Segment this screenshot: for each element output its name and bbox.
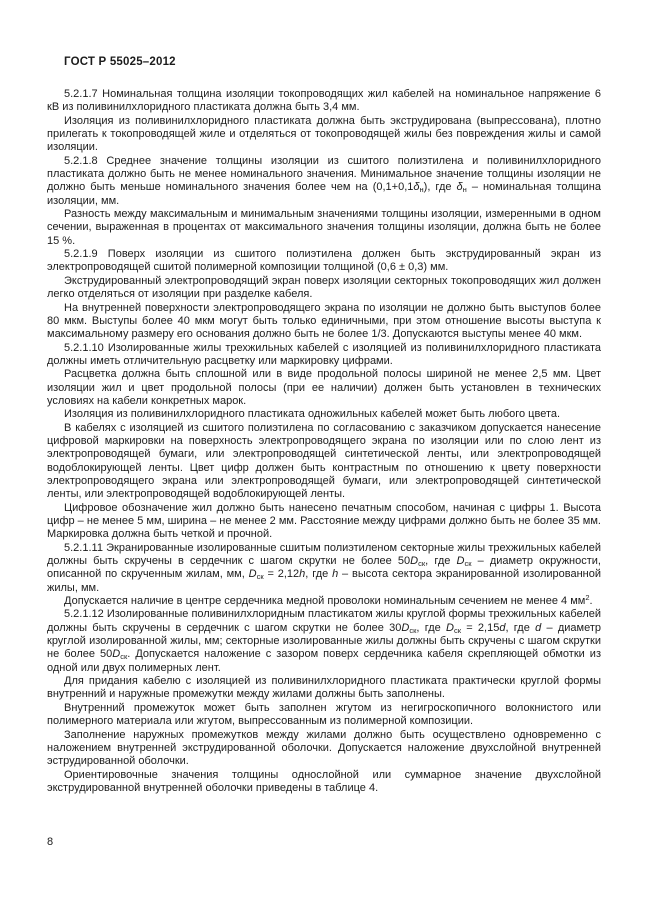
paragraph: 5.2.1.9 Поверх изоляции из сшитого полиэ… <box>47 248 601 275</box>
paragraph: Для придания кабелю с изоляцией из полив… <box>47 675 601 702</box>
paragraph: На внутренней поверхности электропроводя… <box>47 302 601 342</box>
document-page: ГОСТ Р 55025–2012 5.2.1.7 Номинальная то… <box>0 0 646 913</box>
paragraph: Цифровое обозначение жил должно быть нан… <box>47 502 601 542</box>
paragraph: Изоляция из поливинилхлоридного пластика… <box>47 408 601 421</box>
paragraph: В кабелях с изоляцией из сшитого полиэти… <box>47 422 601 502</box>
paragraph: 5.2.1.8 Среднее значение толщины изоляци… <box>47 155 601 208</box>
paragraph: 5.2.1.11 Экранированные изолированные сш… <box>47 542 601 595</box>
paragraph: Заполнение наружных промежутков между жи… <box>47 729 601 769</box>
content: 5.2.1.7 Номинальная толщина изоляции ток… <box>47 88 601 795</box>
paragraph: Изоляция из поливинилхлоридного пластика… <box>47 115 601 155</box>
paragraph: 5.2.1.10 Изолированные жилы трехжильных … <box>47 342 601 369</box>
paragraph: Разность между максимальным и минимальны… <box>47 208 601 248</box>
paragraph: 5.2.1.7 Номинальная толщина изоляции ток… <box>47 88 601 115</box>
paragraph: 5.2.1.12 Изолированные поливинилхлоридны… <box>47 608 601 675</box>
paragraph: Экструдированный электропроводящий экран… <box>47 275 601 302</box>
paragraph: Допускается наличие в центре сердечника … <box>47 595 601 608</box>
page-number: 8 <box>47 836 53 848</box>
paragraph: Ориентировочные значения толщины односло… <box>47 769 601 796</box>
paragraph: Расцветка должна быть сплошной или в вид… <box>47 368 601 408</box>
paragraph: Внутренний промежуток может быть заполне… <box>47 702 601 729</box>
document-header-title: ГОСТ Р 55025–2012 <box>64 56 176 68</box>
